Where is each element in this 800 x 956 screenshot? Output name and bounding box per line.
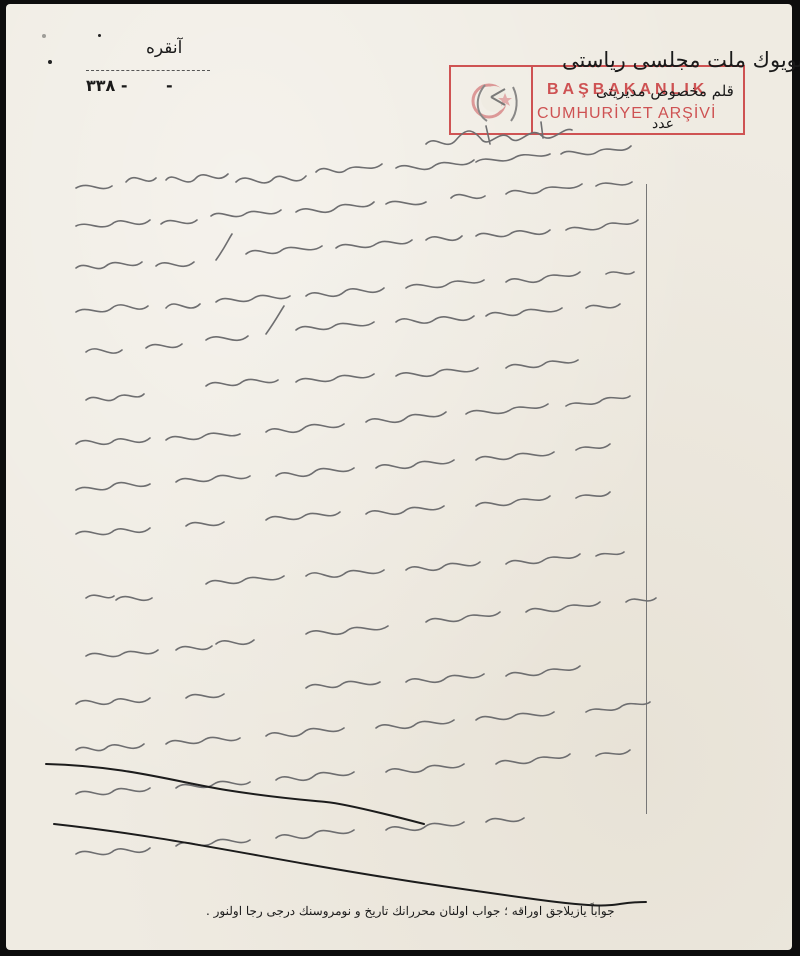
city-underline <box>86 70 210 71</box>
document-page: آنقره ٣٣٨ - - BAŞBAKANLIK CUMHURİYET ARŞ… <box>6 4 792 950</box>
binding-hole-mark <box>48 60 52 64</box>
letterhead-title: توركيا بويوك ملت مجلسى رياستى <box>562 48 800 72</box>
letterhead-subtitle: قلم مخصوص مدیریتی <box>596 82 734 100</box>
letterhead-count-label: عدد <box>652 116 674 132</box>
footer-note: جواباً يازيلاجق اوراقه ؛ جواب اولنان محر… <box>206 904 614 918</box>
archive-stamp: BAŞBAKANLIK CUMHURİYET ARŞİVİ <box>449 65 745 135</box>
letterhead-city: آنقره <box>146 38 182 58</box>
margin-line <box>646 184 647 814</box>
crescent-star-emblem-icon <box>461 75 521 125</box>
paper-speck <box>42 34 46 38</box>
paper-speck <box>98 34 101 37</box>
stamp-line-2: CUMHURİYET ARŞİVİ <box>537 105 716 123</box>
handwritten-body <box>6 4 792 950</box>
reference-number: ٣٣٨ - <box>86 76 128 95</box>
stamp-emblem-box <box>451 67 533 133</box>
reference-dash: - <box>166 76 173 95</box>
